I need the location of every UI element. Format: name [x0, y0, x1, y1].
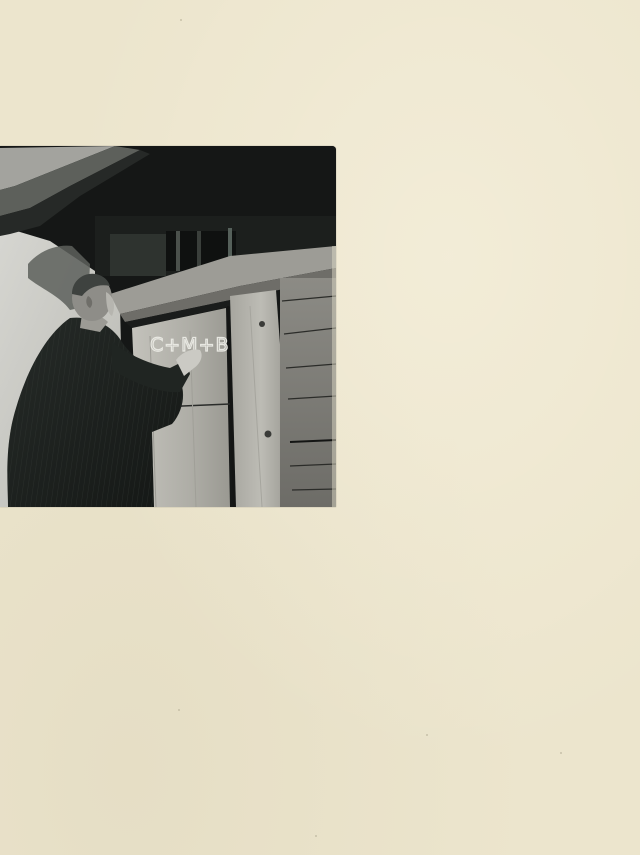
paper-speck — [178, 709, 180, 711]
paper-speck — [426, 734, 428, 736]
paper-speck — [315, 835, 317, 837]
photo-edge-highlight — [332, 246, 336, 507]
log-wall — [280, 278, 336, 507]
paper-speck — [180, 19, 182, 21]
photograph: C+M+B — [0, 146, 336, 507]
wood-knot — [259, 321, 265, 327]
window-bar — [176, 231, 180, 271]
window-left-pane — [110, 234, 166, 276]
photo-scene: C+M+B — [0, 146, 336, 507]
wood-knot — [265, 431, 272, 438]
window-bar — [197, 231, 201, 271]
paper-speck — [560, 752, 562, 754]
